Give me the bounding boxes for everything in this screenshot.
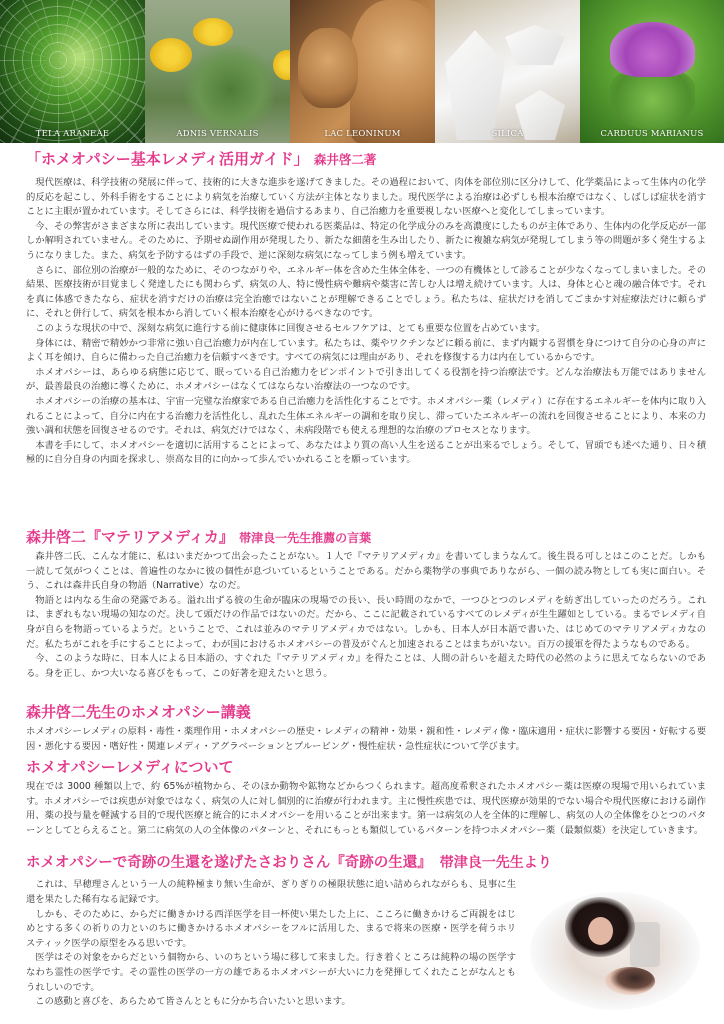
paragraph: 今、その弊害がさまざまな所に表出しています。現代医療で使われる医薬品は、特定の化…	[26, 220, 706, 264]
section-heading: ホメオパシーで奇跡の生還を遂げたさおりさん『奇跡の生還』帯津良一先生より	[26, 855, 706, 872]
section-materia-medica: 森井啓二『マテリアメディカ』 帯津良一先生推薦の言葉 森井啓二氏、こんな才能に、…	[26, 528, 706, 681]
mother-child-photo	[530, 892, 700, 1010]
section-body: これは、早穂理さんという一人の純粋極まり無い生命が、ぎりぎりの極限状態に追い詰め…	[26, 878, 516, 1009]
flower-image	[150, 38, 192, 72]
book-author: 森井啓二著	[314, 152, 377, 167]
paragraph: これは、早穂理さんという一人の純粋極まり無い生命が、ぎりぎりの極限状態に追い詰め…	[26, 878, 516, 907]
thistle-flower-image	[610, 22, 695, 77]
section-lecture: 森井啓二先生のホメオパシー講義 ホメオパシーレメディの原料・毒性・薬理作用・ホメ…	[26, 703, 706, 754]
paragraph: 現代医療は、科学技術の発展に伴って、技術的に大きな進歩を遂げてきました。その過程…	[26, 176, 706, 220]
section-body: 現代医療は、科学技術の発展に伴って、技術的に大きな進歩を遂げてきました。その過程…	[26, 176, 706, 468]
paragraph: この感動と喜びを、あらためて皆さんとともに分かち合いたいと思います。	[26, 995, 516, 1010]
paragraph: このような現状の中で、深刻な病気に進行する前に健康体に回復させるセルフケアは、と…	[26, 322, 706, 337]
heading-title: 森井啓二『マテリアメディカ』	[26, 528, 234, 546]
lioness-image	[350, 0, 435, 143]
paragraph: 今、このような時に、日本人による日本語の、すぐれた『マテリアメディカ』を得たこと…	[26, 652, 706, 681]
spider-web-image	[0, 0, 145, 143]
section-guide: 「ホメオパシー基本レメディ活用ガイド」 森井啓二著 現代医療は、科学技術の発展に…	[26, 150, 706, 468]
photo-caption: ADNIS VERNALIS	[145, 129, 290, 139]
heading-subtitle: 帯津良一先生推薦の言葉	[239, 531, 371, 545]
photo-lac-leoninum: LAC LEONINUM	[290, 0, 435, 143]
mother-face-image	[588, 917, 613, 945]
photo-adnis-vernalis: ADNIS VERNALIS	[145, 0, 290, 143]
photo-caption: SILICA	[435, 129, 580, 139]
flower-image	[273, 50, 290, 80]
banner: TELA ARANEAE ADNIS VERNALIS LAC LEONINUM…	[0, 0, 724, 143]
section-heading: 森井啓二先生のホメオパシー講義	[26, 703, 706, 721]
section-heading: ホメオパシーレメディについて	[26, 758, 706, 776]
lion-cub-image	[298, 28, 358, 108]
paragraph: しかも、そのために、からだに働きかける西洋医学を目一杯使い果たした上に、こころに…	[26, 908, 516, 952]
paragraph: さらに、部位別の治療が一般的なために、そのつながりや、エネルギー体を含めた生体全…	[26, 264, 706, 322]
foliage-image	[185, 45, 275, 135]
photo-caption: CARDUUS MARIANUS	[580, 129, 724, 139]
paragraph: ホメオパシーレメディの原料・毒性・薬理作用・ホメオパシーの歴史・レメディの精神・…	[26, 725, 706, 754]
flower-image	[193, 18, 233, 46]
crystal-image	[505, 25, 565, 65]
section-about-remedies: ホメオパシーレメディについて 現在では 3000 種類以上で、約 65%が植物か…	[26, 758, 706, 838]
photo-carduus-marianus: CARDUUS MARIANUS	[580, 0, 724, 143]
paragraph: 現在では 3000 種類以上で、約 65%が植物から、そのほか動物や鉱物などから…	[26, 780, 706, 838]
section-heading: 「ホメオパシー基本レメディ活用ガイド」 森井啓二著	[26, 150, 706, 168]
paragraph: ホメオパシーは、あらゆる病態に応じて、眠っている自己治癒力をピンポイントで引き出…	[26, 366, 706, 395]
section-heading: 森井啓二『マテリアメディカ』 帯津良一先生推薦の言葉	[26, 528, 706, 546]
child-image	[605, 967, 655, 995]
thistle-bud-image	[610, 70, 695, 130]
paragraph: ホメオパシーの治療の基本は、宇宙一完璧な治療家である自己治癒力を活性化することで…	[26, 395, 706, 439]
paragraph: 本書を手にして、ホメオパシーを適切に活用することによって、あなたはより質の高い人…	[26, 439, 706, 468]
section-body: 森井啓二氏、こんな才能に、私はいまだかつて出会ったことがない。１人で『マテリアメ…	[26, 550, 706, 681]
heading-title: ホメオパシーで奇跡の生還を遂げたさおりさん『奇跡の生還』	[26, 855, 432, 871]
heading-subtitle: 帯津良一先生より	[440, 855, 552, 871]
paragraph: 医学はその対象をからだという個物から、いのちという場に移して来ました。行き着くと…	[26, 951, 516, 995]
section-body: 現在では 3000 種類以上で、約 65%が植物から、そのほか動物や鉱物などから…	[26, 780, 706, 838]
paragraph: 森井啓二氏、こんな才能に、私はいまだかつて出会ったことがない。１人で『マテリアメ…	[26, 550, 706, 594]
section-body: ホメオパシーレメディの原料・毒性・薬理作用・ホメオパシーの歴史・レメディの精神・…	[26, 725, 706, 754]
book-title: 「ホメオパシー基本レメディ活用ガイド」	[26, 150, 309, 168]
crystal-image	[445, 30, 505, 140]
photo-tela-araneae: TELA ARANEAE	[0, 0, 145, 143]
photo-silica: SILICA	[435, 0, 580, 143]
paragraph: 身体には、精密で精妙かつ非常に強い自己治癒力が内在しています。私たちは、薬やワク…	[26, 337, 706, 366]
paragraph: 物語とは内なる生命の発露である。溢れ出ずる彼の生命が臨床の現場での長い、長い時間…	[26, 594, 706, 652]
photo-caption: LAC LEONINUM	[290, 129, 435, 139]
photo-caption: TELA ARANEAE	[0, 129, 145, 139]
